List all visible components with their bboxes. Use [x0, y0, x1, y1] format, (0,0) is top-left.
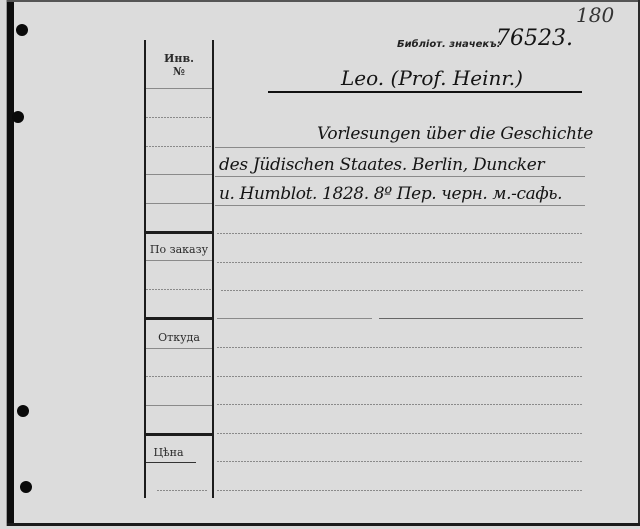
- content-rule: [217, 376, 583, 377]
- sidebar-rule: [146, 289, 212, 290]
- title-line-3: u. Humblot. 1828. 8º Пер. черн. м.-сафь.: [219, 184, 562, 204]
- sidebar-rule: [146, 376, 212, 377]
- sidebar-rule: [146, 146, 212, 147]
- punch-hole: [17, 405, 29, 417]
- content-rule: [379, 318, 583, 319]
- content-rule: [217, 262, 583, 263]
- call-number: 76523.: [496, 26, 573, 51]
- sidebar-rule: [146, 405, 212, 406]
- content-rule: [217, 318, 372, 319]
- author-name: Leo. (Prof. Heinr.): [341, 66, 523, 90]
- sidebar-rule: [146, 462, 196, 463]
- punch-hole: [20, 481, 32, 493]
- number-label: №: [146, 65, 212, 78]
- content-rule: [217, 404, 583, 405]
- catalog-card: 180 Инв. № По заказу Откуда Цѣна Библіот…: [6, 0, 640, 526]
- content-rule: [215, 176, 585, 177]
- sidebar-right-border: [212, 40, 214, 498]
- title-line-2: des Jüdischen Staates. Berlin, Duncker: [219, 155, 544, 175]
- content-rule: [217, 233, 583, 234]
- card-left-edge: [7, 0, 14, 526]
- source-label: Откуда: [146, 331, 212, 344]
- sidebar-rule: [146, 88, 212, 89]
- sidebar-rule: [146, 348, 212, 349]
- card-bottom-edge: [7, 523, 640, 526]
- sidebar-rule: [157, 490, 207, 491]
- sidebar-divider: [146, 433, 212, 436]
- sidebar-rule: [146, 260, 212, 261]
- punch-hole: [12, 111, 24, 123]
- sidebar-divider: [146, 317, 212, 320]
- inv-label: Инв.: [146, 52, 212, 65]
- title-line-1: Vorlesungen über die Geschichte: [317, 124, 593, 144]
- content-rule: [217, 433, 583, 434]
- punch-hole: [16, 24, 28, 36]
- content-rule: [215, 205, 585, 206]
- card-top-edge: [7, 0, 640, 2]
- sidebar-rule: [146, 174, 212, 175]
- page-number: 180: [576, 3, 614, 27]
- sidebar-rule: [146, 117, 212, 118]
- price-label: Цѣна: [146, 446, 191, 459]
- order-label: По заказу: [146, 243, 212, 256]
- sidebar-rule: [146, 203, 212, 204]
- sidebar-divider: [146, 231, 212, 234]
- content-rule: [217, 347, 583, 348]
- content-rule: [215, 147, 585, 148]
- content-rule: [217, 461, 583, 462]
- content-rule: [217, 490, 583, 491]
- sidebar-left-border: [144, 40, 146, 498]
- content-rule: [221, 290, 583, 291]
- call-number-label: Библіот. значекъ:: [397, 39, 501, 50]
- author-rule: [268, 91, 582, 93]
